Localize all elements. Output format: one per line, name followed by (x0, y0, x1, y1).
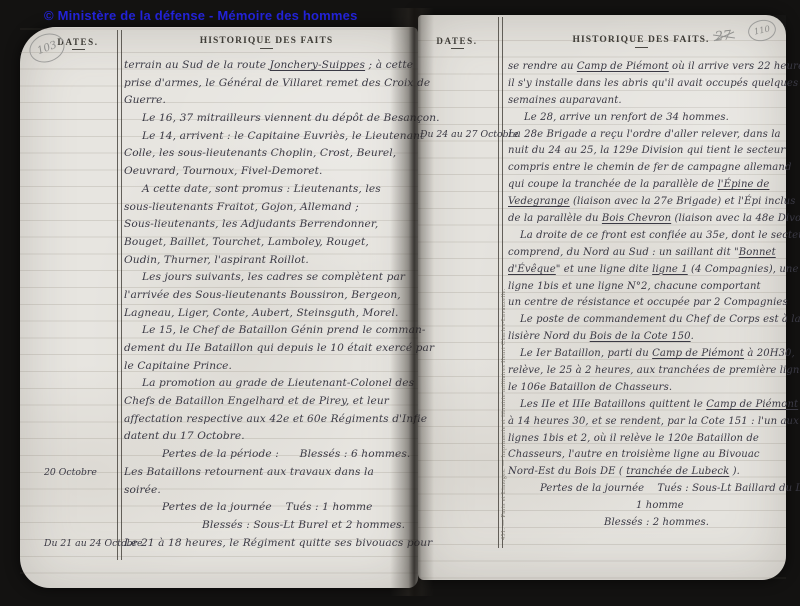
dates-header-text: DATES. (436, 36, 477, 46)
handwritten-text: 1 homme (636, 500, 684, 511)
handwritten-text: Le poste de commandement du Chef de Corp… (520, 314, 800, 325)
handwritten-line: à 14 heures 30, et se rendent, par la Co… (508, 414, 784, 431)
handwritten-line: Les Bataillons retournent aux travaux da… (124, 464, 416, 482)
handwritten-line: Chefs de Bataillon Engelhard et de Pirey… (124, 393, 416, 411)
handwritten-text: prise d'armes, le Général de Villaret re… (124, 77, 430, 89)
underlined-text: tranchée de Lubeck (626, 466, 729, 477)
handwritten-text: dement du IIe Bataillon qui depuis le 10… (124, 342, 434, 354)
handwritten-text: à 14 heures 30, et se rendent, par la Co… (508, 416, 799, 427)
underlined-text: Bois Chevron (602, 213, 671, 224)
handwritten-line: compris entre le chemin de fer de campag… (508, 160, 784, 177)
journal-page-right: 27 110 DATES. HISTORIQUE DES FAITS. 451.… (418, 15, 786, 580)
handwritten-text: terrain au Sud de la route (124, 59, 270, 71)
handwritten-text: Les IIe et IIIe Bataillons quittent le (520, 399, 706, 410)
handwritten-line: 1 homme (508, 498, 784, 515)
handwritten-text: un centre de résistance et occupée par 2… (508, 297, 788, 308)
handwritten-line: prise d'armes, le Général de Villaret re… (124, 75, 416, 93)
handwritten-text: Pertes de la journée Tués : Sous-Lt Bail… (540, 483, 800, 494)
handwritten-line: La droite de ce front est confiée au 35e… (508, 228, 784, 245)
handwritten-line: se rendre au Camp de Piémont où il arriv… (508, 59, 784, 76)
faits-header-text: HISTORIQUE DES FAITS (200, 36, 334, 46)
handwritten-text: Le 21 à 18 heures, le Régiment quitte se… (124, 537, 432, 549)
handwritten-text: affectation respective aux 42e et 60e Ré… (124, 413, 427, 425)
dates-column-header-right: DATES. (426, 36, 488, 49)
handwritten-line: Chasseurs, l'autre en troisième ligne au… (508, 447, 784, 464)
handwritten-line: l'arrivée des Sous-lieutenants Boussiron… (124, 287, 416, 305)
handwritten-text: soirée. (124, 484, 161, 496)
handwritten-line: Pertes de la journée Tués : 1 homme (124, 499, 416, 517)
handwritten-line: d'Évêque" et une ligne dite ligne 1 (4 C… (508, 262, 784, 279)
handwritten-text: Colle, les sous-lieutenants Choplin, Cro… (124, 147, 396, 159)
handwritten-line: Nord-Est du Bois DE ( tranchée de Lubeck… (508, 464, 784, 481)
handwritten-line: Les jours suivants, les cadres se complè… (124, 269, 416, 287)
handwritten-line: Colle, les sous-lieutenants Choplin, Cro… (124, 145, 416, 163)
handwritten-text: Le 28, arrive un renfort de 34 hommes. (524, 112, 729, 123)
handwritten-text: " et une ligne dite (556, 264, 652, 275)
handwritten-text: Le Ier Bataillon, parti du (520, 348, 652, 359)
underlined-text: Bonnet (739, 247, 776, 258)
handwritten-text: Guerre. (124, 94, 166, 106)
handwritten-line: Le 16, 37 mitrailleurs viennent du dépôt… (124, 110, 416, 128)
handwritten-text: de la parallèle du (508, 213, 602, 224)
handwritten-line: nuit du 24 au 25, la 129e Division qui t… (508, 143, 784, 160)
handwritten-line: A cette date, sont promus : Lieutenants,… (124, 181, 416, 199)
handwritten-line: Bouget, Baillet, Tourchet, Lamboley, Rou… (124, 234, 416, 252)
column-divider-left (117, 30, 122, 560)
handwritten-line: Oeuvrard, Tournoux, Fivel-Demoret. (124, 163, 416, 181)
journal-page-left: 103 DATES. HISTORIQUE DES FAITS 20 Octob… (20, 27, 418, 588)
handwritten-text: (liaison avec la 27e Brigade) et l'Épi i… (570, 196, 796, 207)
handwritten-text: semaines auparavant. (508, 95, 622, 106)
handwritten-text: datent du 17 Octobre. (124, 430, 245, 442)
handwritten-line: un centre de résistance et occupée par 2… (508, 295, 784, 312)
handwritten-text: il s'y installe dans les abris qu'il ava… (508, 78, 798, 89)
handwritten-text: ). (729, 466, 740, 477)
header-dash (72, 49, 85, 50)
handwritten-line: Le Ier Bataillon, parti du Camp de Piémo… (508, 346, 784, 363)
handwritten-text: Bouget, Baillet, Tourchet, Lamboley, Rou… (124, 236, 369, 248)
handwritten-line: Blessés : Sous-Lt Burel et 2 hommes. (124, 517, 416, 535)
underlined-text: Bois de la Cote 150 (590, 331, 691, 342)
copyright-watermark: © Ministère de la défense - Mémoire des … (44, 8, 358, 23)
header-dash (451, 48, 464, 49)
handwritten-line: Le poste de commandement du Chef de Corp… (508, 312, 784, 329)
handwritten-text: Les Bataillons retournent aux travaux da… (124, 466, 374, 478)
handwritten-text: Oeuvrard, Tournoux, Fivel-Demoret. (124, 165, 322, 177)
pencil-folio-left: 103 (25, 29, 68, 68)
handwritten-text: lisière Nord du (508, 331, 590, 342)
faits-column-header-left: HISTORIQUE DES FAITS (117, 36, 416, 49)
handwritten-text: nuit du 24 au 25, la 129e Division qui t… (508, 145, 785, 156)
handwritten-text: Pertes de la période : Blessés : 6 homme… (162, 448, 410, 460)
handwritten-text: Oudin, Thurner, l'aspirant Roillot. (124, 254, 309, 266)
handwritten-text: (4 Compagnies), une (688, 264, 799, 275)
handwritten-text: comprend, du Nord au Sud : un saillant d… (508, 247, 739, 258)
handwritten-text: sous-lieutenants Fraitot, Gojon, Alleman… (124, 201, 359, 213)
handwritten-line: Pertes de la journée Tués : Sous-Lt Bail… (508, 481, 784, 498)
handwritten-line: Blessés : 2 hommes. (508, 515, 784, 532)
underlined-text: Vedegrange (508, 196, 570, 207)
handwritten-text: où il arrive vers 22 heures; (669, 61, 800, 72)
handwritten-text: Pertes de la journée Tués : 1 homme (162, 501, 373, 513)
handwritten-line: Le 14, arrivent : le Capitaine Euvriès, … (124, 128, 416, 146)
handwritten-line: terrain au Sud de la route Jonchery-Suip… (124, 57, 416, 75)
handwritten-text: Le 15, le Chef de Bataillon Génin prend … (142, 324, 426, 336)
handwritten-text: La droite de ce front est confiée au 35e… (520, 230, 800, 241)
handwritten-text: Sous-lieutenants, les Adjudants Berrendo… (124, 218, 378, 230)
underlined-text: Camp de Piémont (706, 399, 798, 410)
handwritten-text: Chasseurs, l'autre en troisième ligne au… (508, 449, 760, 460)
handwritten-line: La 28e Brigade a reçu l'ordre d'aller re… (508, 127, 784, 144)
handwritten-text: (liaison avec la 48e Divon). (671, 213, 800, 224)
handwritten-line: Sous-lieutenants, les Adjudants Berrendo… (124, 216, 416, 234)
underlined-text: ligne 1 (652, 264, 688, 275)
handwritten-line: Guerre. (124, 92, 416, 110)
handwritten-text: Le 16, 37 mitrailleurs viennent du dépôt… (142, 112, 440, 124)
handwritten-text: Blessés : 2 hommes. (604, 517, 709, 528)
handwritten-line: dement du IIe Bataillon qui depuis le 10… (124, 340, 416, 358)
underlined-text: Jonchery-Suippes (270, 59, 365, 71)
underlined-text: Camp de Piémont (577, 61, 669, 72)
handwriting-right: se rendre au Camp de Piémont où il arriv… (508, 59, 784, 532)
handwritten-line: soirée. (124, 482, 416, 500)
margin-date: 20 Octobre (44, 467, 97, 478)
handwritten-text: ; à cette (365, 59, 413, 71)
handwritten-text: relève, le 25 à 2 heures, aux tranchées … (508, 365, 800, 376)
handwritten-line: il s'y installe dans les abris qu'il ava… (508, 76, 784, 93)
handwritten-text: le Capitaine Prince. (124, 360, 232, 372)
handwritten-line: de la parallèle du Bois Chevron (liaison… (508, 211, 784, 228)
underlined-text: l'Épine de (717, 179, 769, 190)
margin-date: Du 24 au 27 Octobre (420, 129, 519, 140)
handwritten-line: lisière Nord du Bois de la Cote 150. (508, 329, 784, 346)
handwritten-text: Les jours suivants, les cadres se complè… (142, 271, 405, 283)
handwritten-text: Chefs de Bataillon Engelhard et de Pirey… (124, 395, 389, 407)
handwritten-line: ligne 1bis et une ligne N°2, chacune com… (508, 279, 784, 296)
handwritten-line: semaines auparavant. (508, 93, 784, 110)
handwritten-text: La 28e Brigade a reçu l'ordre d'aller re… (508, 129, 781, 140)
handwritten-text: A cette date, sont promus : Lieutenants,… (142, 183, 381, 195)
pencil-crossed-number: 27 (714, 28, 732, 45)
handwritten-text: La promotion au grade de Lieutenant-Colo… (142, 377, 414, 389)
handwritten-line: Lagneau, Liger, Conte, Aubert, Steinsgut… (124, 305, 416, 323)
pencil-folio-right-number: 110 (753, 24, 771, 37)
handwritten-line: Le 21 à 18 heures, le Régiment quitte se… (124, 535, 416, 553)
handwritten-line: qui coupe la tranchée de la parallèle de… (508, 177, 784, 194)
handwritten-text: le 106e Bataillon de Chasseurs. (508, 382, 672, 393)
handwritten-text: l'arrivée des Sous-lieutenants Boussiron… (124, 289, 401, 301)
handwritten-text: qui coupe la tranchée de la parallèle de (508, 179, 717, 190)
handwritten-text: Lagneau, Liger, Conte, Aubert, Steinsgut… (124, 307, 398, 319)
handwritten-line: le Capitaine Prince. (124, 358, 416, 376)
handwritten-text: se rendre au (508, 61, 577, 72)
handwritten-line: lignes 1bis et 2, où il relève le 120e B… (508, 431, 784, 448)
handwriting-left: terrain au Sud de la route Jonchery-Suip… (124, 57, 416, 552)
handwritten-text: compris entre le chemin de fer de campag… (508, 162, 791, 173)
handwritten-line: relève, le 25 à 2 heures, aux tranchées … (508, 363, 784, 380)
handwritten-text: à 20H30, (744, 348, 795, 359)
faits-column-header-right: HISTORIQUE DES FAITS. (498, 35, 784, 48)
handwritten-text: Le 14, arrivent : le Capitaine Euvriès, … (142, 130, 424, 142)
header-dash (635, 47, 648, 48)
underlined-text: Camp de Piémont (652, 348, 744, 359)
handwritten-text: Nord-Est du Bois DE ( (508, 466, 626, 477)
handwritten-line: Oudin, Thurner, l'aspirant Roillot. (124, 252, 416, 270)
handwritten-text: ligne 1bis et une ligne N°2, chacune com… (508, 281, 761, 292)
handwritten-line: Pertes de la période : Blessés : 6 homme… (124, 446, 416, 464)
handwritten-line: datent du 17 Octobre. (124, 428, 416, 446)
handwritten-text: Blessés : Sous-Lt Burel et 2 hommes. (202, 519, 405, 531)
handwritten-line: Vedegrange (liaison avec la 27e Brigade)… (508, 194, 784, 211)
handwritten-text: . (691, 331, 694, 342)
faits-header-text: HISTORIQUE DES FAITS. (572, 35, 709, 45)
header-dash (260, 48, 273, 49)
handwritten-line: affectation respective aux 42e et 60e Ré… (124, 411, 416, 429)
handwritten-line: comprend, du Nord au Sud : un saillant d… (508, 245, 784, 262)
handwritten-line: La promotion au grade de Lieutenant-Colo… (124, 375, 416, 393)
handwritten-line: Le 15, le Chef de Bataillon Génin prend … (124, 322, 416, 340)
handwritten-line: Les IIe et IIIe Bataillons quittent le C… (508, 397, 784, 414)
handwritten-line: Le 28, arrive un renfort de 34 hommes. (508, 110, 784, 127)
pencil-folio-left-number: 103 (36, 39, 59, 57)
handwritten-text: lignes 1bis et 2, où il relève le 120e B… (508, 433, 759, 444)
handwritten-line: sous-lieutenants Fraitot, Gojon, Alleman… (124, 199, 416, 217)
underlined-text: d'Évêque (508, 264, 556, 275)
handwritten-line: le 106e Bataillon de Chasseurs. (508, 380, 784, 397)
